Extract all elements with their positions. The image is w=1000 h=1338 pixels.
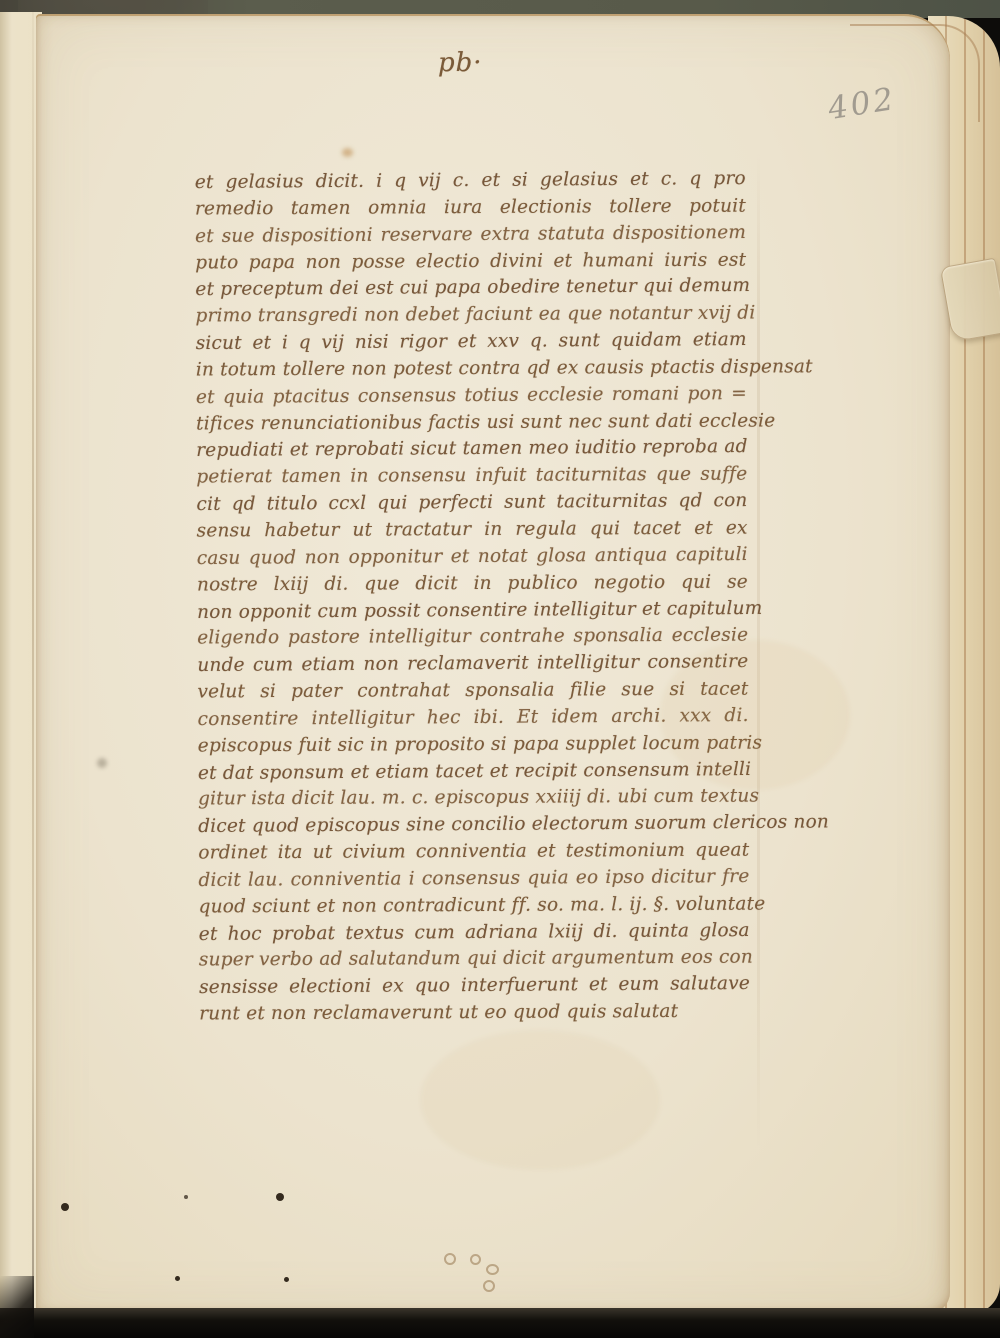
manuscript-text-line: tifices renunciationibus factis usi sunt…	[196, 408, 747, 438]
manuscript-text-line: super verbo ad salutandum qui dicit argu…	[199, 945, 750, 975]
wormhole-ring	[470, 1254, 481, 1265]
manuscript-text-line: gitur ista dicit lau. m. c. episcopus xx…	[198, 784, 749, 814]
wormhole	[175, 1276, 180, 1281]
manuscript-text-line: primo transgredi non debet faciunt ea qu…	[195, 301, 746, 331]
manuscript-text-line: nostre lxiij di. que dicit in publico ne…	[197, 569, 748, 599]
manuscript-text-line: runt et non reclamaverunt ut eo quod qui…	[199, 999, 750, 1029]
manuscript-text-line: dicet quod episcopus sine concilio elect…	[198, 810, 749, 841]
manuscript-text-line: eligendo pastore intelligitur contrahe s…	[197, 623, 748, 653]
manuscript-text-line: puto papa non posse electio divini et hu…	[195, 247, 746, 277]
book-cover-bottom-edge	[0, 1308, 1000, 1338]
manuscript-text-line: et dat sponsum et etiam tacet et recipit…	[198, 757, 749, 788]
manuscript-text-line: dicit lau. conniventia i consensus quia …	[198, 864, 749, 895]
cover-bottom-corner-shadow	[0, 1276, 34, 1338]
manuscript-text-line: ordinet ita ut civium conniventia et tes…	[198, 838, 749, 868]
wormhole-ring	[483, 1280, 495, 1292]
manuscript-text-line: et preceptum dei est cui papa obedire te…	[195, 273, 746, 304]
foxing-patch	[420, 1030, 660, 1170]
manuscript-text-line: casu quod non opponitur et notat glosa a…	[197, 542, 748, 573]
quire-header-mark: pb·	[438, 48, 483, 78]
manuscript-text-line: et sue dispositioni reservare extra stat…	[195, 220, 746, 251]
manuscript-text-line: unde cum etiam non reclamaverit intellig…	[197, 649, 748, 680]
manuscript-text-line: non opponit cum possit consentire intell…	[197, 595, 748, 626]
manuscript-text-line: in totum tollere non potest contra qd ex…	[196, 354, 747, 384]
manuscript-text-line: petierat tamen in consensu infuit tacitu…	[196, 462, 747, 492]
manuscript-text-line: sicut et i q vij nisi rigor et xxv q. su…	[196, 327, 747, 358]
manuscript-text-line: quod sciunt et non contradicunt ff. so. …	[199, 891, 750, 921]
manuscript-text-line: sensu habetur ut tractatur in regula qui…	[197, 516, 748, 546]
manuscript-text-line: et hoc probat textus cum adriana lxiij d…	[199, 918, 750, 949]
manuscript-text-line: repudiati et reprobati sicut tamen meo i…	[196, 434, 747, 465]
wormhole	[184, 1195, 188, 1199]
wormhole	[61, 1203, 69, 1211]
manuscript-photo: pb· 402 et gelasius dicit. i q vij c. et…	[0, 0, 1000, 1338]
wormhole	[284, 1277, 289, 1282]
manuscript-text-line: sensisse electioni ex quo interfuerunt e…	[199, 971, 750, 1002]
manuscript-text-line: et gelasius dicit. i q vij c. et si gela…	[195, 166, 746, 197]
wormhole-ring	[444, 1253, 456, 1265]
wormhole-ring	[486, 1264, 499, 1275]
manuscript-text-line: cit qd titulo ccxl qui perfecti sunt tac…	[196, 488, 747, 519]
manuscript-text-block: et gelasius dicit. i q vij c. et si gela…	[195, 167, 750, 1029]
manuscript-text-line: remedio tamen omnia iura electionis toll…	[195, 193, 746, 223]
foxing-patch	[660, 640, 850, 790]
foxing-spot	[97, 758, 107, 768]
manuscript-text-line: et quia ptacitus consensus totius eccles…	[196, 381, 747, 412]
wormhole	[276, 1193, 284, 1201]
foxing-spot	[342, 148, 353, 157]
